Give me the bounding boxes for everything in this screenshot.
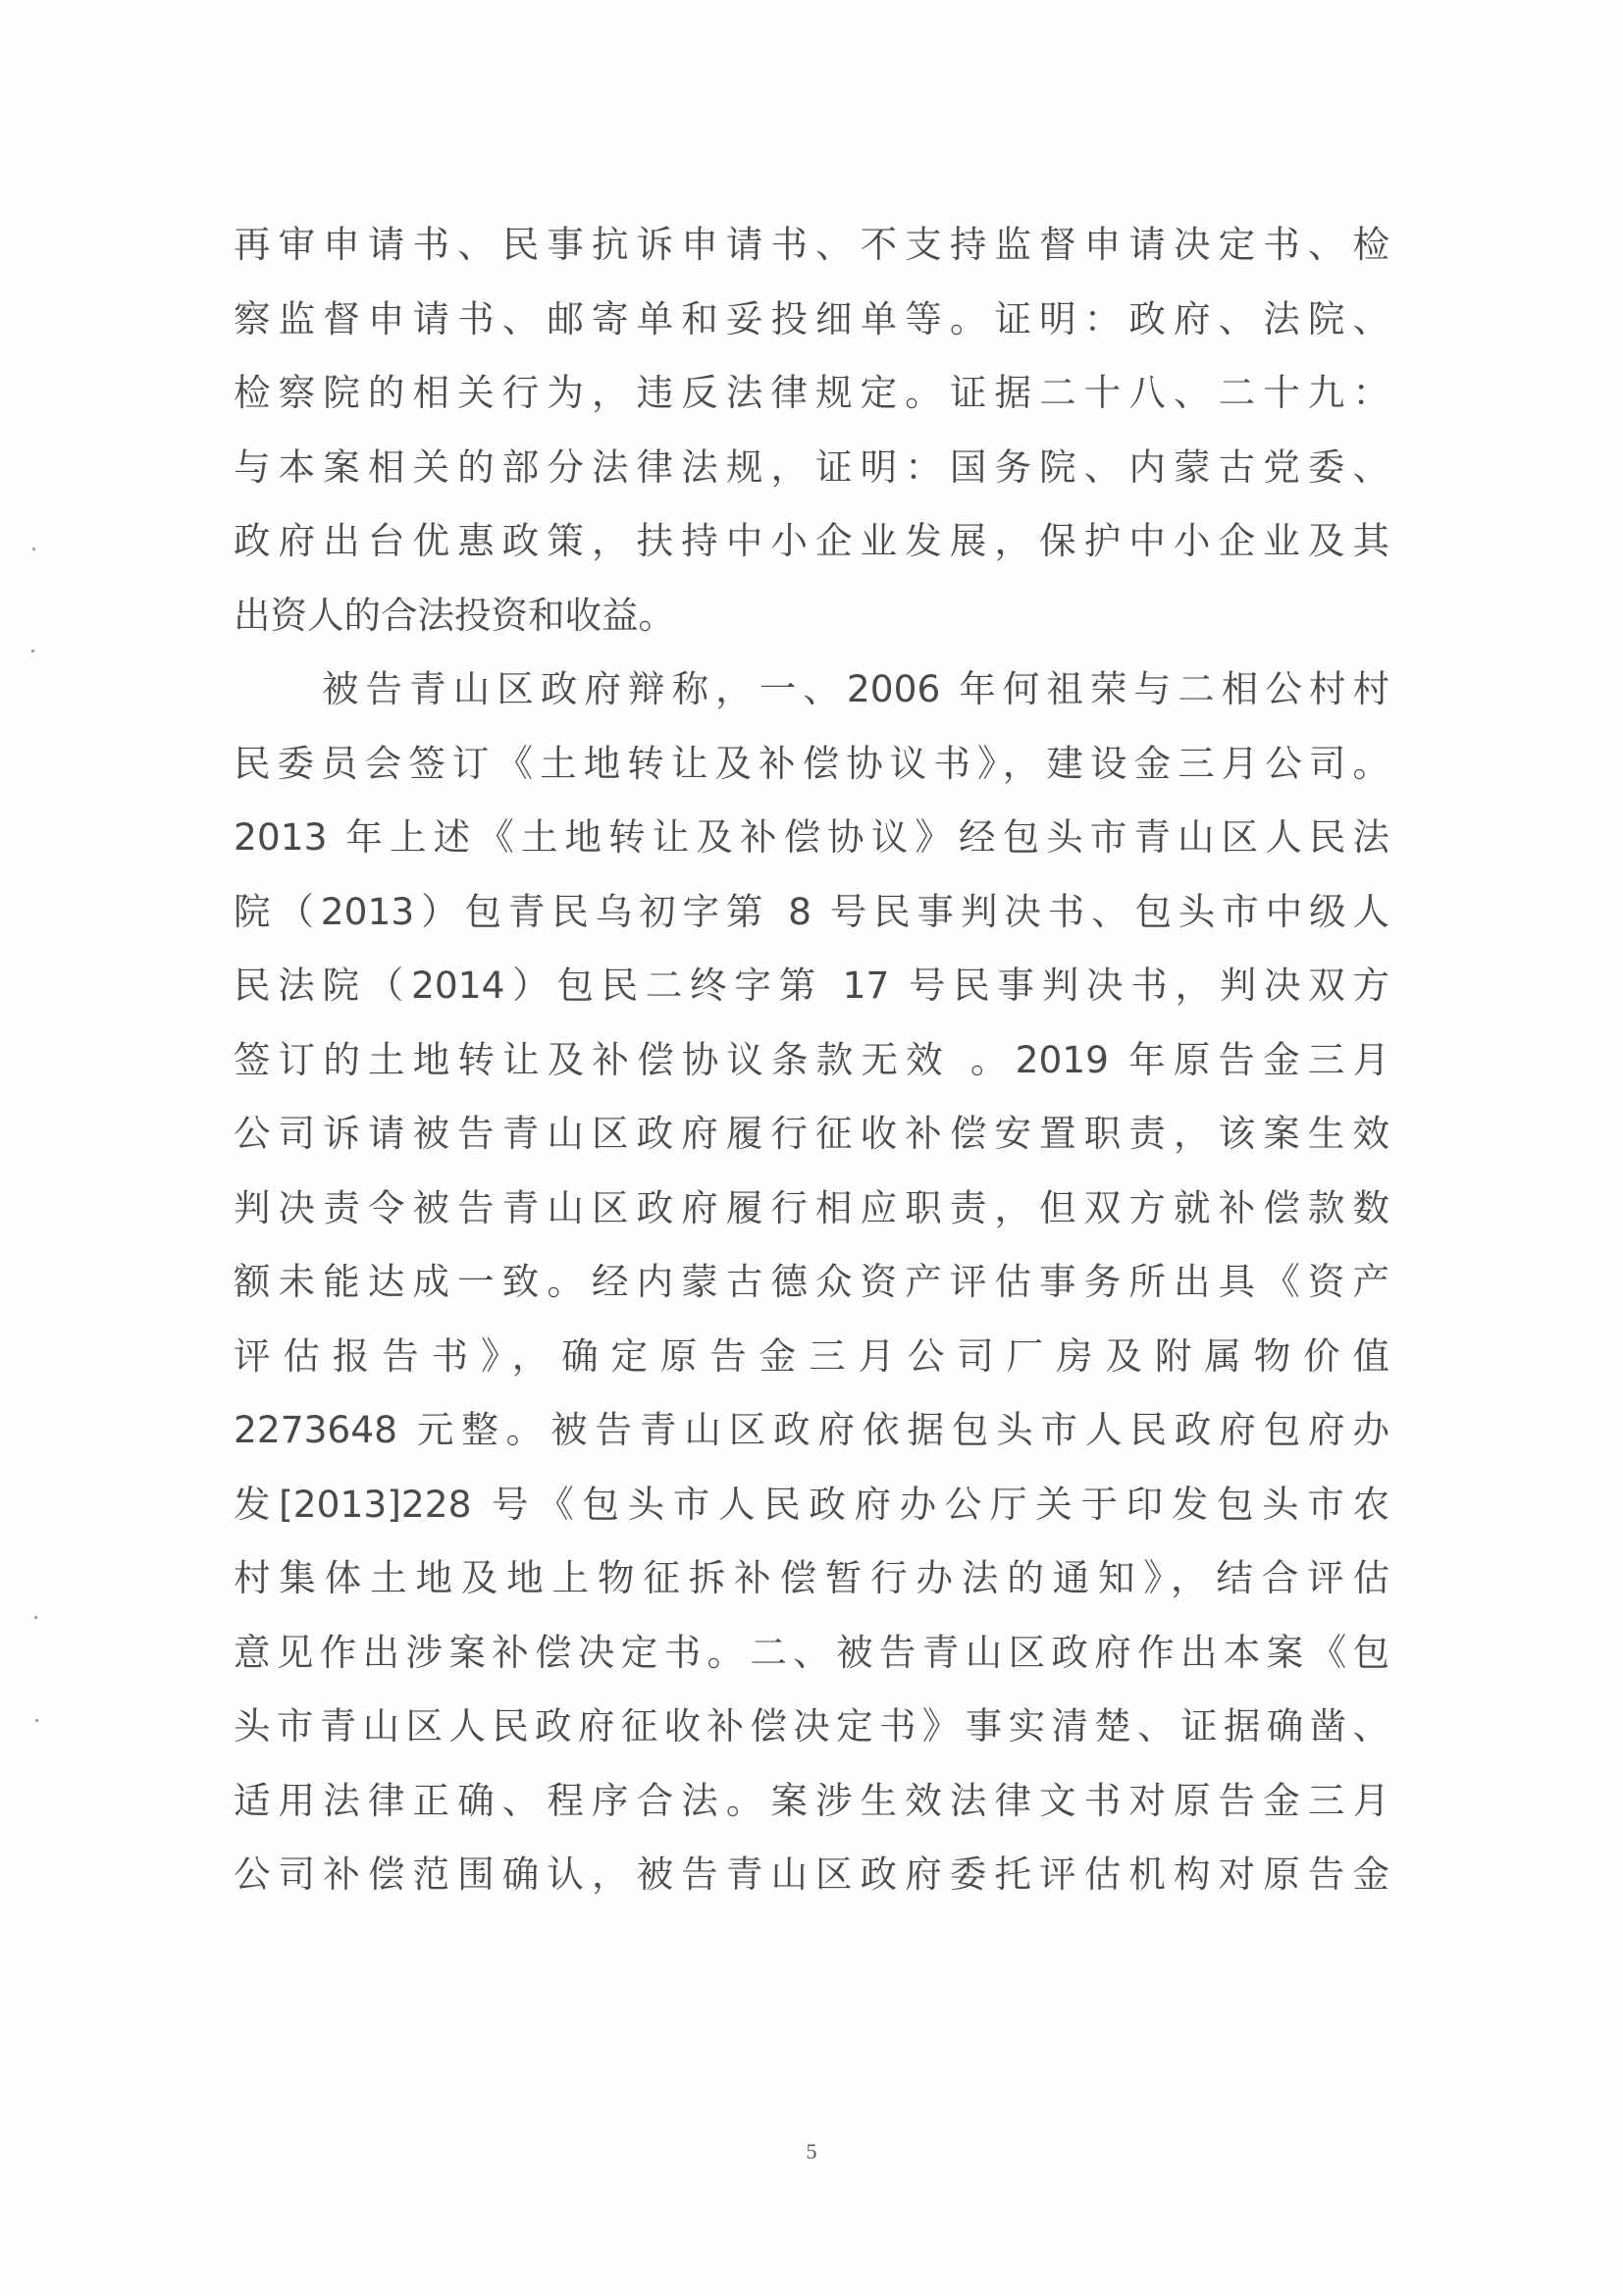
text-line: 意见作出涉案补偿决定书。二、被告青山区政府作出本案《包: [234, 1616, 1389, 1691]
text-line: 出资人的合法投资和收益。: [234, 579, 1389, 653]
document-page: 再审申请书、民事抗诉申请书、不支持监督申请决定书、检 察监督申请书、邮寄单和妥投…: [0, 0, 1623, 2296]
document-body: 再审申请书、民事抗诉申请书、不支持监督申请决定书、检 察监督申请书、邮寄单和妥投…: [234, 208, 1389, 1912]
text-line: 政府出台优惠政策，扶持中小企业发展，保护中小企业及其: [234, 504, 1389, 579]
text-line: 2013 年上述《土地转让及补偿协议》经包头市青山区人民法: [234, 801, 1389, 875]
text-line: 签订的土地转让及补偿协议条款无效 。2019 年原告金三月: [234, 1023, 1389, 1098]
text-line: 被告青山区政府辩称，一、2006 年何祖荣与二相公村村: [234, 652, 1389, 727]
text-line: 与本案相关的部分法律法规，证明：国务院、内蒙古党委、: [234, 431, 1389, 505]
page-number: 5: [0, 2139, 1623, 2165]
text-line: 察监督申请书、邮寄单和妥投细单等。证明：政府、法院、: [234, 283, 1389, 357]
paragraph-defendant-argument: 被告青山区政府辩称，一、2006 年何祖荣与二相公村村 民委员会签订《土地转让及…: [234, 652, 1389, 1912]
scan-artifact: [31, 650, 34, 652]
scan-artifact: [34, 1616, 37, 1619]
text-line: 再审申请书、民事抗诉申请书、不支持监督申请决定书、检: [234, 208, 1389, 283]
text-line: 判决责令被告青山区政府履行相应职责，但双方就补偿款数: [234, 1172, 1389, 1246]
text-line: 公司诉请被告青山区政府履行征收补偿安置职责，该案生效: [234, 1097, 1389, 1172]
text-line: 额未能达成一致。经内蒙古德众资产评估事务所出具《资产: [234, 1245, 1389, 1320]
scan-artifact: [35, 1719, 38, 1722]
text-line: 民法院（2014）包民二终字第 17 号民事判决书，判决双方: [234, 949, 1389, 1023]
text-line: 头市青山区人民政府征收补偿决定书》事实清楚、证据确凿、: [234, 1690, 1389, 1764]
text-line: 评估报告书》，确定原告金三月公司厂房及附属物价值: [234, 1320, 1389, 1394]
text-line: 公司补偿范围确认，被告青山区政府委托评估机构对原告金: [234, 1838, 1389, 1912]
text-line: 适用法律正确、程序合法。案涉生效法律文书对原告金三月: [234, 1764, 1389, 1839]
scan-artifact: [32, 548, 35, 550]
paragraph-evidence-continuation: 再审申请书、民事抗诉申请书、不支持监督申请决定书、检 察监督申请书、邮寄单和妥投…: [234, 208, 1389, 652]
text-line: 2273648 元整。被告青山区政府依据包头市人民政府包府办: [234, 1393, 1389, 1468]
text-line: 检察院的相关行为，违反法律规定。证据二十八、二十九：: [234, 356, 1389, 431]
text-line: 村集体土地及地上物征拆补偿暂行办法的通知》，结合评估: [234, 1541, 1389, 1616]
text-line: 院（2013）包青民乌初字第 8 号民事判决书、包头市中级人: [234, 875, 1389, 950]
text-line: 民委员会签订《土地转让及补偿协议书》，建设金三月公司。: [234, 727, 1389, 802]
text-line: 发[2013]228 号《包头市人民政府办公厅关于印发包头市农: [234, 1468, 1389, 1542]
